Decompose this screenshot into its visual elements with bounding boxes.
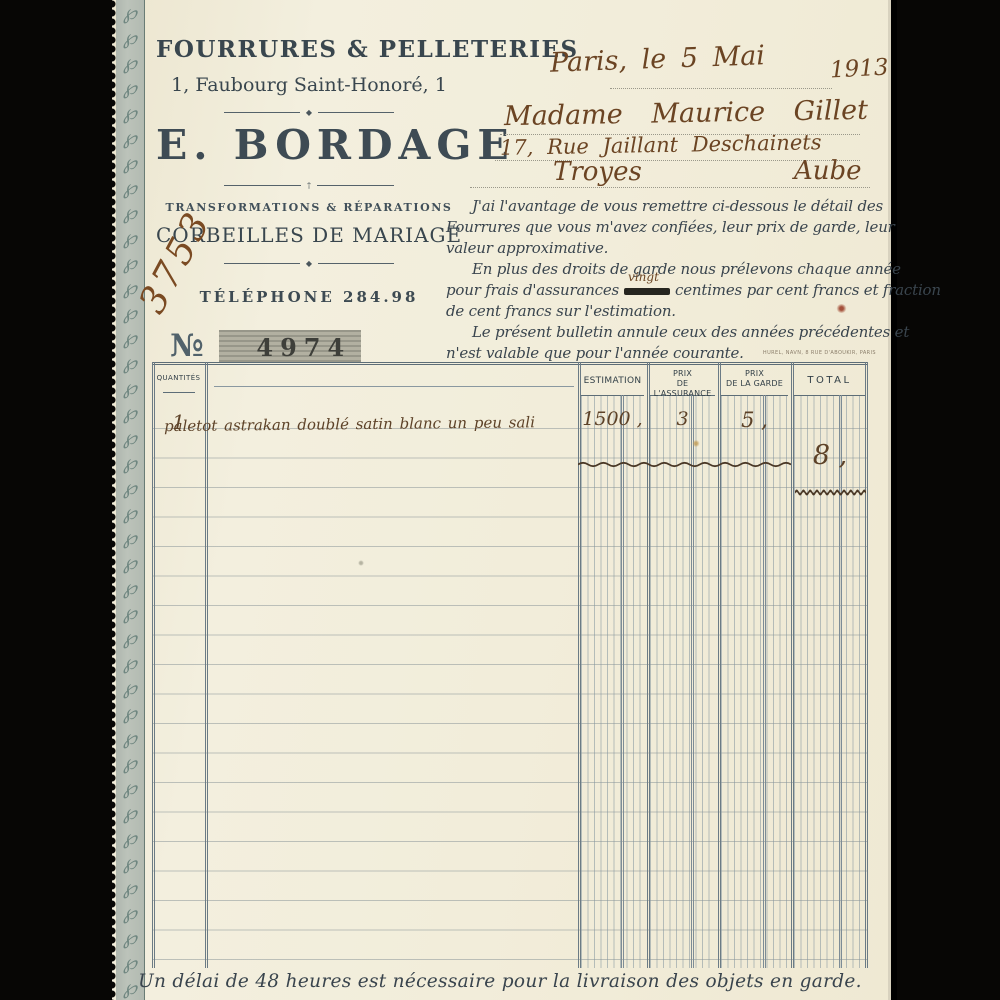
paragraph-line: de cent francs sur l'estimation. — [446, 301, 887, 322]
city-rule — [470, 186, 870, 188]
header-insurance-line2: DE L'ASSURANCE — [647, 379, 718, 399]
paragraph-line: En plus des droits de garde nous prélevo… — [446, 259, 887, 280]
insurance-subdivider — [691, 395, 694, 968]
header-total: TOTAL — [791, 375, 868, 386]
guard-subdivider — [763, 395, 766, 968]
proprietor-name: E. BORDAGE — [156, 121, 462, 169]
header-guard-line1: PRIX — [718, 369, 791, 379]
header-quantities: QUANTITÉS — [152, 374, 205, 382]
column-separator — [791, 362, 794, 968]
paper-stain — [836, 304, 847, 313]
invoice-number-line: № 4974 — [156, 328, 462, 364]
total-column-stripes — [794, 395, 865, 968]
row-total: 8 , — [800, 440, 860, 471]
total-subdivider — [839, 395, 842, 968]
printer-imprint: HUREL, NAVN, 8 RUE D'ABOUKIR, PARIS — [746, 350, 876, 356]
table-right-border — [865, 362, 868, 968]
header-guard: PRIX DE LA GARDE — [718, 369, 791, 389]
recipient-department: Aube — [794, 156, 862, 186]
place-date: Paris, le 5 Mai — [550, 40, 766, 78]
header-guard-line2: DE LA GARDE — [718, 379, 791, 389]
photo-background: ℘ ℘ ℘ ℘ ℘ ℘ ℘ ℘ ℘ ℘ ℘ ℘ ℘ ℘ ℘ ℘ ℘ ℘ ℘ ℘ … — [0, 0, 1000, 1000]
diamond-ornament-icon: ◆ — [300, 108, 318, 117]
header-insurance-line1: PRIX — [647, 369, 718, 379]
recipient-name: Madame Maurice Gillet — [504, 95, 868, 132]
line-prefix: pour frais d'assurances — [446, 281, 619, 299]
column-separator — [718, 362, 721, 968]
column-separator — [647, 362, 650, 968]
number-label: № — [170, 328, 204, 364]
header-insurance: PRIX DE L'ASSURANCE — [647, 369, 718, 399]
column-separator — [205, 362, 208, 968]
row-guard: 5 , — [718, 408, 791, 432]
invoice-paper: ℘ ℘ ℘ ℘ ℘ ℘ ℘ ℘ ℘ ℘ ℘ ℘ ℘ ℘ ℘ ℘ ℘ ℘ ℘ ℘ … — [112, 0, 891, 1000]
telephone-line: TÉLÉPHONE 284.98 — [156, 288, 462, 306]
table-left-border — [152, 362, 155, 968]
paragraph-line-with-correction: pour frais d'assurancesvingtcentimes par… — [446, 280, 887, 301]
estimation-column-stripes — [581, 395, 644, 968]
header-estimation: ESTIMATION — [578, 376, 647, 386]
recipient-street: 17, Rue Jaillant Deschainets — [500, 130, 822, 160]
table-top-border — [152, 362, 868, 365]
line-suffix: centimes par cent francs et fraction — [675, 281, 941, 299]
services-line: TRANSFORMATIONS & RÉPARATIONS — [156, 201, 462, 214]
body-paragraphs: J'ai l'avantage de vous remettre ci-dess… — [446, 196, 887, 364]
paragraph-line: valeur approximative. — [446, 238, 887, 259]
letterhead: FOURRURES & PELLETERIES 1, Faubourg Sain… — [156, 36, 462, 364]
description-header-rule — [214, 386, 574, 387]
divider-ornament: ◆ — [224, 108, 394, 117]
paper-stain — [358, 560, 364, 566]
redacted-word — [624, 288, 670, 295]
redaction-wrap: vingt — [624, 280, 670, 301]
handwritten-correction: vingt — [628, 267, 659, 288]
divider-ornament: † — [224, 181, 394, 190]
guard-column-stripes — [721, 395, 788, 968]
deckle-edge — [112, 0, 119, 1000]
recipient-city: Troyes — [553, 157, 642, 187]
row-insurance: 3 — [647, 408, 718, 430]
divider-ornament: ◆ — [224, 259, 394, 268]
row-estimation: 1500 , — [580, 408, 645, 430]
year: 1913 — [829, 54, 889, 83]
paragraph-line: J'ai l'avantage de vous remettre ci-dess… — [446, 196, 887, 217]
paragraph-line: Fourrures que vous m'avez confiées, leur… — [446, 217, 887, 238]
header-underline — [163, 392, 195, 393]
ornamental-border-strip: ℘ ℘ ℘ ℘ ℘ ℘ ℘ ℘ ℘ ℘ ℘ ℘ ℘ ℘ ℘ ℘ ℘ ℘ ℘ ℘ … — [116, 0, 145, 1000]
business-address: 1, Faubourg Saint-Honoré, 1 — [156, 74, 462, 96]
closing-squiggle — [578, 460, 791, 469]
business-type: FOURRURES & PELLETERIES — [156, 36, 462, 63]
insurance-column-stripes — [650, 395, 715, 968]
delivery-notice: Un délai de 48 heures est nécessaire pou… — [112, 971, 888, 992]
invoice-number-stamp: 4974 — [219, 330, 361, 363]
diamond-ornament-icon: ◆ — [300, 259, 318, 268]
cross-ornament-icon: † — [301, 181, 317, 190]
paragraph-line: Le présent bulletin annule ceux des anné… — [446, 322, 887, 343]
column-separator — [578, 362, 581, 968]
storage-ledger-table: QUANTITÉS ESTIMATION PRIX DE L'ASSURANCE… — [152, 362, 868, 968]
date-rule — [610, 87, 832, 89]
total-squiggle — [795, 488, 866, 497]
estimation-subdivider — [621, 395, 624, 968]
paper-stain — [692, 440, 700, 447]
